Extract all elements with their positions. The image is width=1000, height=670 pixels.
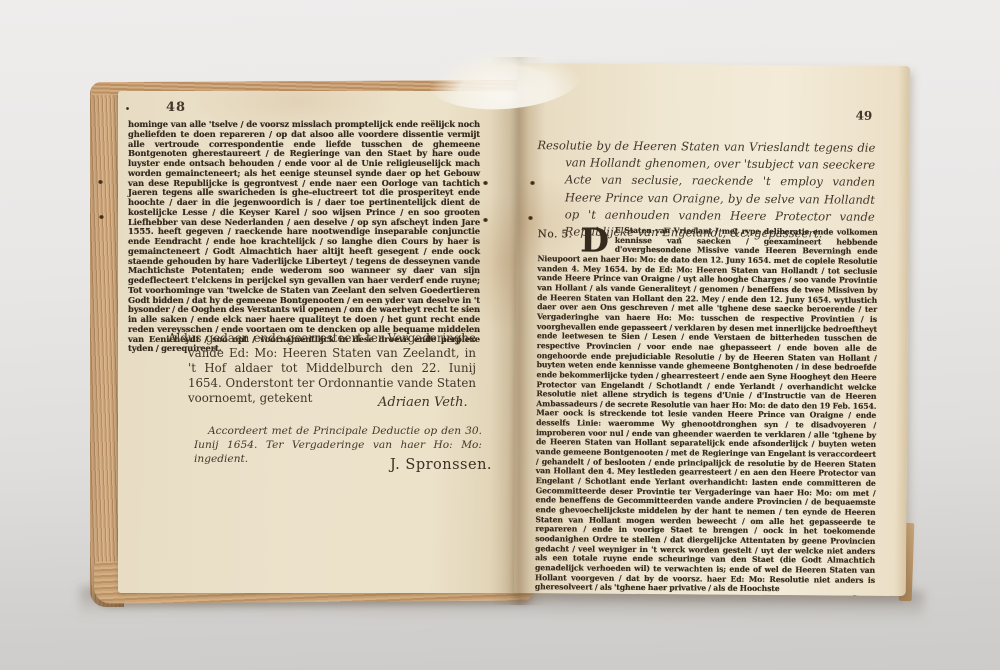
right-page: 49 Resolutie by de Heeren Staten van Vri… xyxy=(514,63,910,596)
section-start: No. 5. D xyxy=(538,226,609,254)
wormhole xyxy=(483,218,488,222)
wormhole xyxy=(98,180,103,184)
signature-spronssen: J. Spronssen. xyxy=(390,457,492,473)
section-number: No. 5. xyxy=(538,226,573,240)
wormhole xyxy=(483,181,488,185)
left-page-body-text: hominge van alle 'tselve / de voorsz mis… xyxy=(128,120,480,354)
wormhole xyxy=(530,181,535,185)
photo-backdrop: 48 hominge van alle 'tselve / de voorsz … xyxy=(0,0,1000,670)
drop-cap-initial: D xyxy=(580,226,609,253)
signature-adriaen-veth: Adriaen Veth. xyxy=(378,395,468,410)
wormhole xyxy=(99,215,104,219)
page-number-right: 49 xyxy=(856,109,873,123)
right-page-body-text: E Staten van Vrieslant / met rype delibe… xyxy=(535,226,878,594)
page-number-left: 48 xyxy=(166,100,186,115)
open-book: 48 hominge van alle 'tselve / de voorsz … xyxy=(90,55,914,607)
right-page-body: No. 5. D E Staten van Vrieslant / met ry… xyxy=(535,225,878,596)
wormhole xyxy=(528,216,533,220)
ink-speck xyxy=(126,107,129,110)
left-page: 48 hominge van alle 'tselve / de voorsz … xyxy=(118,91,518,593)
